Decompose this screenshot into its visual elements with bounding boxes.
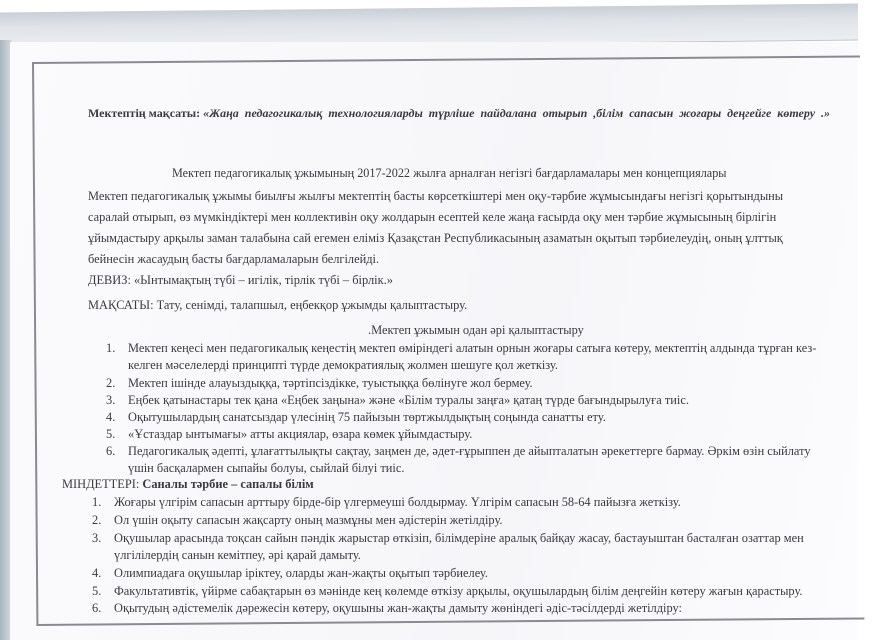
team-item-1-cont: келген мәселелерді принципті түрде демок… [128,357,558,373]
item-text: «Ұстаздар ынтымағы» атты акциялар, өзара… [128,427,472,441]
item-number: 2. [106,375,128,391]
school-goal: Мектептің мақсаты: «Жаңа педагогикалық т… [88,105,830,121]
task-item-4: 4.Олимпиадаға оқушылар іріктеу, оларды ж… [92,565,488,581]
section-heading: .Мектеп ұжымын одан әрі қалыптастыру [368,322,584,338]
team-item-2: 2.Мектеп ішінде алауыздыққа, тәртіпсізді… [106,375,533,391]
item-text: Педагогикалық әдепті, ұлағаттылықты сақт… [128,444,811,458]
item-number: 3. [92,530,114,546]
item-number: 6. [92,600,114,616]
item-text: Ол үшін оқыту сапасын жақсарту оның мазм… [114,513,503,527]
item-number: 6. [106,443,128,459]
team-item-6: 6.Педагогикалық әдепті, ұлағаттылықты са… [106,443,811,459]
team-item-4: 4.Оқытушылардың санатсыздар үлесінің 75 … [106,409,606,425]
item-number: 2. [92,512,114,528]
team-item-1: 1.Мектеп кеңесі мен педагогикалық кеңест… [106,340,816,356]
goal-text: «Жаңа педагогикалық технологияларды түрл… [203,106,830,120]
intro-line: ұйымдастыру арқылы заман талабына сай ег… [88,230,783,246]
task-item-1: 1.Жоғары үлгірім сапасын арттыру бірде-б… [92,494,681,510]
goal-label: Мектептің мақсаты: [88,106,200,120]
item-text: Олимпиадаға оқушылар іріктеу, оларды жан… [114,566,488,580]
team-item-3: 3.Еңбек қатынастары тек қана «Еңбек заңы… [106,392,689,408]
task-item-5: 5.Факультативтік, үйірме сабақтарын өз м… [92,583,803,599]
motto: ДЕВИЗ: «Ынтымақтың түбі – игілік, тірлік… [88,272,393,288]
team-item-5: 5.«Ұстаздар ынтымағы» атты акциялар, өза… [106,426,472,442]
item-number: 4. [106,409,128,425]
task-item-2: 2.Ол үшін оқыту сапасын жақсарту оның ма… [92,512,503,528]
aim: МАҚСАТЫ: Тату, сенімді, талапшыл, еңбекқ… [88,297,467,313]
tasks-title: Саналы тәрбие – сапалы білім [142,477,313,491]
item-text: Еңбек қатынастары тек қана «Еңбек заңына… [128,393,689,407]
item-number: 1. [92,494,114,510]
item-text: Оқытудың әдістемелік дәрежесін көтеру, о… [114,601,682,615]
item-text: Жоғары үлгірім сапасын арттыру бірде-бір… [114,495,681,509]
item-number: 5. [106,426,128,442]
task-item-3: 3.Оқушылар арасында тоқсан сайын пәндік … [92,530,804,546]
item-text: Оқушылар арасында тоқсан сайын пәндік жа… [114,531,804,545]
item-text: Мектеп кеңесі мен педагогикалық кеңестің… [128,341,816,355]
tasks-label: МІНДЕТТЕРІ: [62,477,139,491]
item-text: Факультативтік, үйірме сабақтарын өз мән… [114,584,803,598]
item-number: 3. [106,392,128,408]
intro-line: саралай отырып, өз мүмкіндіктері мен кол… [88,209,776,225]
item-number: 5. [92,583,114,599]
item-text: Мектеп ішінде алауыздыққа, тәртіпсіздікк… [128,376,533,390]
task-item-3-cont: үлгілілердің санын кемітпеу, әрі қарай д… [114,547,361,563]
item-text: Оқытушылардың санатсыздар үлесінің 75 па… [128,410,606,424]
intro-line: бейнесін жасаудың басты бағдарламаларын … [88,251,379,267]
tasks-heading: МІНДЕТТЕРІ: Саналы тәрбие – сапалы білім [62,476,314,492]
document-content: Мектептің мақсаты: «Жаңа педагогикалық т… [0,0,876,640]
document-subtitle: Мектеп педагогикалық ұжымының 2017-2022 … [172,165,726,181]
team-item-6-cont: үшін басқалармен сыпайы болуы, сыйлай бі… [128,460,404,476]
item-number: 1. [106,340,128,356]
item-number: 4. [92,565,114,581]
intro-line: Мектеп педагогикалық ұжымы биылғы жылғы … [88,188,783,204]
task-item-6: 6.Оқытудың әдістемелік дәрежесін көтеру,… [92,600,682,616]
